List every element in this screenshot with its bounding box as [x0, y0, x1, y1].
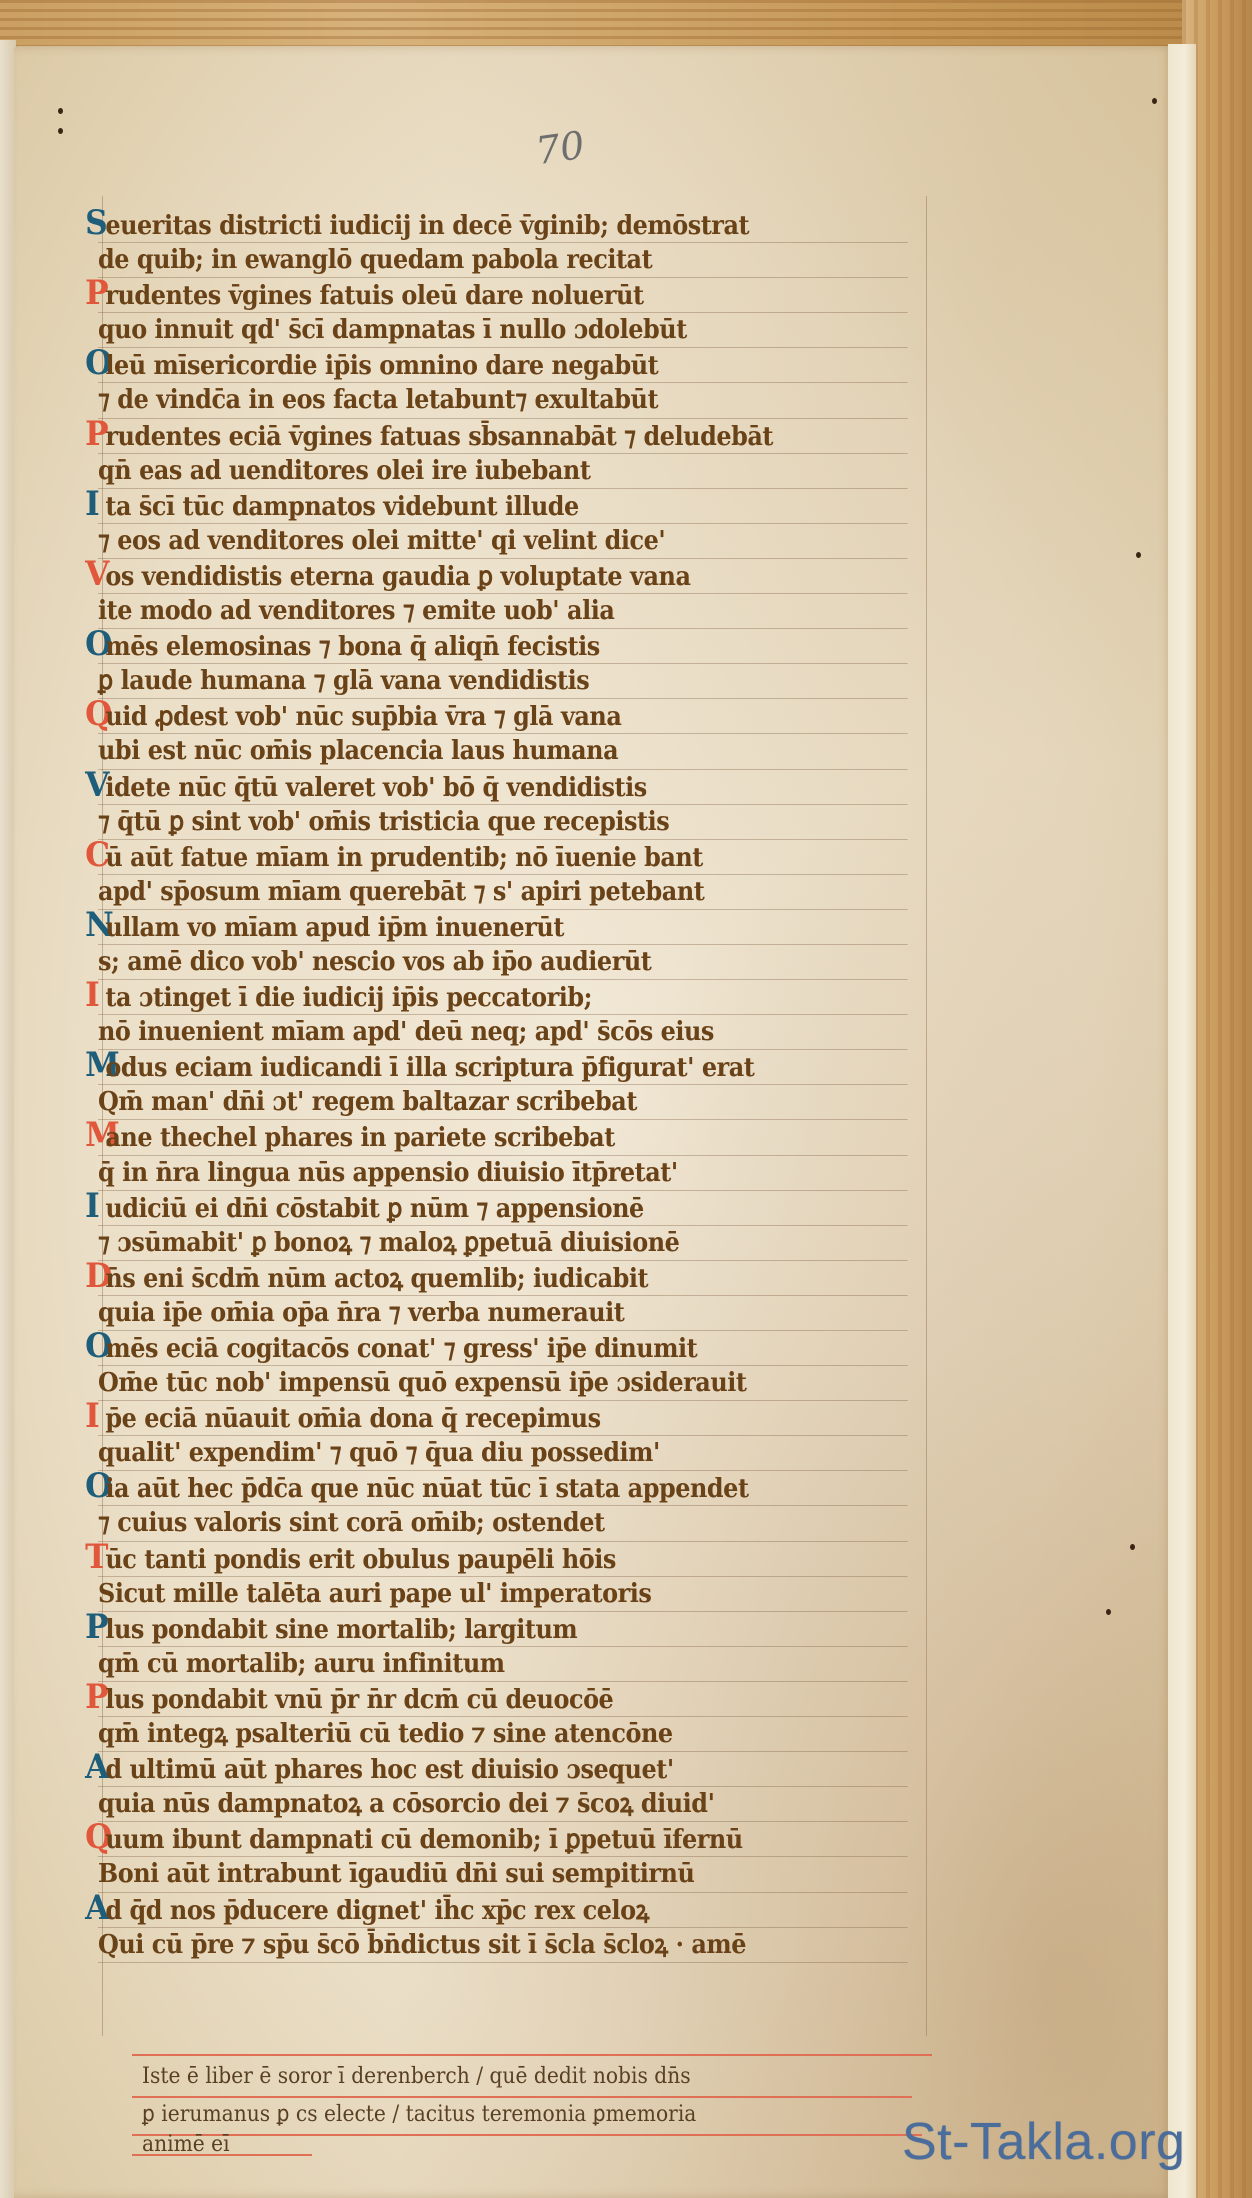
line-text: n̄s eni s̄cdm̄ nūm actoꝝ quemlib; iudica… [105, 1264, 648, 1294]
manuscript-line: Iudiciū ei dn̄i cōstabit ꝑ nūm ⁊ appensi… [98, 1191, 908, 1226]
line-text: quo innuit qd' s̄cī dampnatas ī nullo ɔd… [98, 315, 687, 345]
line-text: qm̄ integꝝ psalteriū cū tedio ⁊ sine ate… [98, 1719, 673, 1749]
line-text: ta ɔtinget ī die iudicij ip̄is peccatori… [105, 983, 592, 1013]
line-text: ꝑ laude humana ⁊ glā vana vendidistis [98, 666, 589, 696]
line-text: ⁊ ɔsūmabit' ꝑ bonoꝝ ⁊ maloꝝ ꝑpetuā diuis… [98, 1228, 679, 1258]
line-text: quia ip̄e om̄ia op̄a n̄ra ⁊ verba numera… [98, 1298, 624, 1328]
manuscript-line: ⁊ eos ad venditores olei mitte' qi velin… [98, 524, 908, 559]
line-text: ⁊ cuius valoris sint corā om̄ib; ostende… [98, 1508, 605, 1538]
line-text: Qm̄ man' dn̄i ɔt' regem baltazar scribeb… [98, 1087, 637, 1117]
manuscript-line: ⁊ q̄tū ꝑ sint vob' om̄is tristicia que r… [98, 805, 908, 840]
manuscript-line: Sicut mille talēta auri pape ul' imperat… [98, 1577, 908, 1612]
manuscript-line: Plus pondabit sine mortalib; largitum [98, 1612, 908, 1647]
manuscript-line: quia ip̄e om̄ia op̄a n̄ra ⁊ verba numera… [98, 1296, 908, 1331]
decorated-initial: P [85, 1612, 105, 1642]
line-text: mēs elemosinas ⁊ bona q̄ aliqn̄ fecistis [105, 632, 599, 662]
manuscript-line: Ip̄e eciā nūauit om̄ia dona q̄ recepimus [98, 1401, 908, 1436]
watermark: St-Takla.org [902, 2112, 1185, 2172]
decorated-initial: C [85, 840, 105, 870]
decorated-initial: A [85, 1752, 105, 1782]
manuscript-line: Qui cū p̄re ⁊ sp̄u s̄cō b̄n̄dictus sit ī… [98, 1928, 908, 1963]
line-text: odus eciam iudicandi ī illa scriptura p̄… [105, 1053, 754, 1083]
line-text: ubi est nūc om̄is placencia laus humana [98, 736, 618, 766]
colophon-line: ꝑ ierumanus ꝑ cs electe / tacitus teremo… [142, 2102, 696, 2127]
decorated-initial: M [85, 1120, 105, 1150]
red-rule [132, 2096, 912, 2098]
red-rule [132, 2054, 932, 2056]
manuscript-line: Nullam vo mīam apud ip̄m inuenerūt [98, 910, 908, 945]
decorated-initial: Q [85, 1822, 105, 1852]
line-text: ⁊ eos ad venditores olei mitte' qi velin… [98, 526, 665, 556]
manuscript-line: Qm̄ man' dn̄i ɔt' regem baltazar scribeb… [98, 1085, 908, 1120]
manuscript-line: Mane thechel phares in pariete scribebat [98, 1120, 908, 1155]
manuscript-line: Dn̄s eni s̄cdm̄ nūm actoꝝ quemlib; iudic… [98, 1261, 908, 1296]
line-text: de quib; in ewanglō quedam pabola recita… [98, 245, 652, 275]
decorated-initial: O [85, 1471, 105, 1501]
line-text: qm̄ cū mortalib; auru infinitum [98, 1649, 505, 1679]
line-text: leū mīsericordie ip̄is omnino dare negab… [105, 351, 658, 381]
decorated-initial: D [85, 1261, 105, 1291]
manuscript-line: apd' sp̄osum mīam querebāt ⁊ s' apiri pe… [98, 875, 908, 910]
decorated-initial: N [85, 910, 105, 940]
folio-number: 70 [533, 123, 587, 173]
decorated-initial: V [85, 559, 105, 589]
decorated-initial: I [85, 980, 105, 1010]
manuscript-line: ite modo ad venditores ⁊ emite uob' alia [98, 594, 908, 629]
manuscript-line: quo innuit qd' s̄cī dampnatas ī nullo ɔd… [98, 313, 908, 348]
line-text: ⁊ de vindc̄a in eos facta letabunt⁊ exul… [98, 385, 658, 415]
manuscript-line: quia nūs dampnatoꝝ a cōsorcio dei ⁊ s̄co… [98, 1787, 908, 1822]
line-text: d q̄d nos p̄ducere dignet' ih̄c xp̄c rex… [105, 1896, 649, 1926]
line-text: lus pondabit vnū p̄r n̄r dcm̄ cū deuocōē [105, 1685, 613, 1715]
line-text: ullam vo mīam apud ip̄m inuenerūt [105, 913, 564, 943]
decorated-initial: O [85, 629, 105, 659]
decorated-initial: M [85, 1050, 105, 1080]
colophon: Iste ē liber ē soror ī derenberch / quē … [132, 2046, 932, 2156]
manuscript-line: Cū aūt fatue mīam in prudentib; nō īueni… [98, 840, 908, 875]
manuscript-line: Omēs eciā cogitacōs conat' ⁊ gress' ip̄e… [98, 1331, 908, 1366]
manuscript-line: Oleū mīsericordie ip̄is omnino dare nega… [98, 348, 908, 383]
line-text: p̄e eciā nūauit om̄ia dona q̄ recepimus [105, 1404, 600, 1434]
decorated-initial: A [85, 1893, 105, 1923]
manuscript-line: Quum ibunt dampnati cū demonib; ī ꝑpetuū… [98, 1822, 908, 1857]
wormhole [1106, 1609, 1111, 1615]
manuscript-line: ⁊ de vindc̄a in eos facta letabunt⁊ exul… [98, 383, 908, 418]
line-text: q̄ in n̄ra lingua nūs appensio diuisio ī… [98, 1158, 678, 1188]
manuscript-line: Prudentes eciā v̄gines fatuas sb̄sannabā… [98, 419, 908, 454]
line-text: d ultimū aūt phares hoc est diuisio ɔseq… [105, 1755, 673, 1785]
line-text: ū aūt fatue mīam in prudentib; nō īuenie… [105, 843, 703, 873]
line-text: rudentes v̄gines fatuis oleū dare noluer… [105, 281, 643, 311]
pricking-mark [1152, 98, 1157, 104]
manuscript-line: Boni aūt intrabunt īgaudiū dn̄i sui semp… [98, 1857, 908, 1892]
manuscript-line: qm̄ integꝝ psalteriū cū tedio ⁊ sine ate… [98, 1717, 908, 1752]
line-text: udiciū ei dn̄i cōstabit ꝑ nūm ⁊ appensio… [105, 1194, 643, 1224]
line-text: ūc tanti pondis erit obulus paupēli hōis [105, 1545, 616, 1575]
manuscript-line: ꝑ laude humana ⁊ glā vana vendidistis [98, 664, 908, 699]
manuscript-line: Ita ɔtinget ī die iudicij ip̄is peccator… [98, 980, 908, 1015]
line-text: Om̄e tūc nob' impensū quō expensū ip̄e ɔ… [98, 1368, 746, 1398]
line-text: ane thechel phares in pariete scribebat [105, 1123, 614, 1153]
line-text: Qui cū p̄re ⁊ sp̄u s̄cō b̄n̄dictus sit ī… [98, 1930, 746, 1960]
decorated-initial: O [85, 1331, 105, 1361]
manuscript-line: Om̄e tūc nob' impensū quō expensū ip̄e ɔ… [98, 1366, 908, 1401]
colophon-line: animē eī [142, 2132, 230, 2157]
line-text: ⁊ q̄tū ꝑ sint vob' om̄is tristicia que r… [98, 807, 669, 837]
line-text: uum ibunt dampnati cū demonib; ī ꝑpetuū … [105, 1825, 742, 1855]
decorated-initial: O [85, 348, 105, 378]
wormhole [1136, 552, 1141, 558]
manuscript-line: q̄ in n̄ra lingua nūs appensio diuisio ī… [98, 1156, 908, 1191]
manuscript-line: Omēs elemosinas ⁊ bona q̄ aliqn̄ fecisti… [98, 629, 908, 664]
manuscript-line: qm̄ cū mortalib; auru infinitum [98, 1647, 908, 1682]
manuscript-line: ubi est nūc om̄is placencia laus humana [98, 734, 908, 769]
manuscript-line: Tūc tanti pondis erit obulus paupēli hōi… [98, 1542, 908, 1577]
line-text: ite modo ad venditores ⁊ emite uob' alia [98, 596, 614, 626]
manuscript-line: Prudentes v̄gines fatuis oleū dare nolue… [98, 278, 908, 313]
line-text: quia nūs dampnatoꝝ a cōsorcio dei ⁊ s̄co… [98, 1789, 714, 1819]
manuscript-line: Quid ꝓdest vob' nūc sup̄bia v̄ra ⁊ glā v… [98, 699, 908, 734]
manuscript-line: Vos vendidistis eterna gaudia ꝑ voluptat… [98, 559, 908, 594]
line-text: rudentes eciā v̄gines fatuas sb̄sannabāt… [105, 422, 773, 452]
line-text: ta s̄cī tūc dampnatos videbunt illude [105, 492, 578, 522]
decorated-initial: P [85, 278, 105, 308]
manuscript-line: Ita s̄cī tūc dampnatos videbunt illude [98, 489, 908, 524]
decorated-initial: I [85, 1401, 105, 1431]
line-text: mēs eciā cogitacōs conat' ⁊ gress' ip̄e … [105, 1334, 697, 1364]
manuscript-line: Oia aūt hec p̄dc̄a que nūc nūat tūc ī st… [98, 1471, 908, 1506]
manuscript-line: ⁊ cuius valoris sint corā om̄ib; ostende… [98, 1506, 908, 1541]
manuscript-line: nō inuenient mīam apd' deū neq; apd' s̄c… [98, 1015, 908, 1050]
decorated-initial: V [85, 770, 105, 800]
line-text: s; amē dico vob' nescio vos ab ip̄o audi… [98, 947, 651, 977]
pricking-mark [58, 128, 63, 134]
flyleaf-strip [1168, 44, 1196, 2198]
line-text: Boni aūt intrabunt īgaudiū dn̄i sui semp… [98, 1859, 694, 1889]
manuscript-line: Modus eciam iudicandi ī illa scriptura p… [98, 1050, 908, 1085]
wormhole [1130, 1544, 1135, 1550]
manuscript-line: Plus pondabit vnū p̄r n̄r dcm̄ cū deuocō… [98, 1682, 908, 1717]
manuscript-line: Ad ultimū aūt phares hoc est diuisio ɔse… [98, 1752, 908, 1787]
decorated-initial: P [85, 1682, 105, 1712]
manuscript-folio: 70 Seueritas districti iudicij in decē v… [14, 46, 1174, 2198]
decorated-initial: P [85, 419, 105, 449]
line-text: apd' sp̄osum mīam querebāt ⁊ s' apiri pe… [98, 877, 704, 907]
line-text: ia aūt hec p̄dc̄a que nūc nūat tūc ī sta… [105, 1474, 748, 1504]
text-block: Seueritas districti iudicij in decē v̄gi… [98, 208, 978, 1963]
line-text: qualit' expendim' ⁊ quō ⁊ q̄ua diu posse… [98, 1438, 660, 1468]
line-text: qn̄ eas ad uenditores olei ire iubebant [98, 456, 590, 486]
decorated-initial: I [85, 489, 105, 519]
manuscript-line: Seueritas districti iudicij in decē v̄gi… [98, 208, 908, 243]
manuscript-line: qualit' expendim' ⁊ quō ⁊ q̄ua diu posse… [98, 1436, 908, 1471]
manuscript-line: qn̄ eas ad uenditores olei ire iubebant [98, 454, 908, 489]
decorated-initial: Q [85, 699, 105, 729]
decorated-initial: I [85, 1191, 105, 1221]
line-text: uid ꝓdest vob' nūc sup̄bia v̄ra ⁊ glā va… [105, 702, 621, 732]
line-text: os vendidistis eterna gaudia ꝑ voluptate… [105, 562, 690, 592]
decorated-initial: S [85, 208, 105, 238]
manuscript-line: de quib; in ewanglō quedam pabola recita… [98, 243, 908, 278]
manuscript-line: ⁊ ɔsūmabit' ꝑ bonoꝝ ⁊ maloꝝ ꝑpetuā diuis… [98, 1226, 908, 1261]
colophon-line: Iste ē liber ē soror ī derenberch / quē … [142, 2064, 691, 2089]
manuscript-line: Videte nūc q̄tū valeret vob' bō q̄ vendi… [98, 770, 908, 805]
manuscript-line: s; amē dico vob' nescio vos ab ip̄o audi… [98, 945, 908, 980]
line-text: lus pondabit sine mortalib; largitum [105, 1615, 577, 1645]
decorated-initial: T [85, 1542, 105, 1572]
manuscript-line: Ad q̄d nos p̄ducere dignet' ih̄c xp̄c re… [98, 1893, 908, 1928]
line-text: nō inuenient mīam apd' deū neq; apd' s̄c… [98, 1017, 714, 1047]
red-rule [132, 2134, 922, 2136]
pricking-mark [58, 108, 63, 114]
line-text: idete nūc q̄tū valeret vob' bō q̄ vendid… [105, 773, 646, 803]
line-text: Sicut mille talēta auri pape ul' imperat… [98, 1579, 651, 1609]
line-text: eueritas districti iudicij in decē v̄gin… [105, 211, 749, 241]
